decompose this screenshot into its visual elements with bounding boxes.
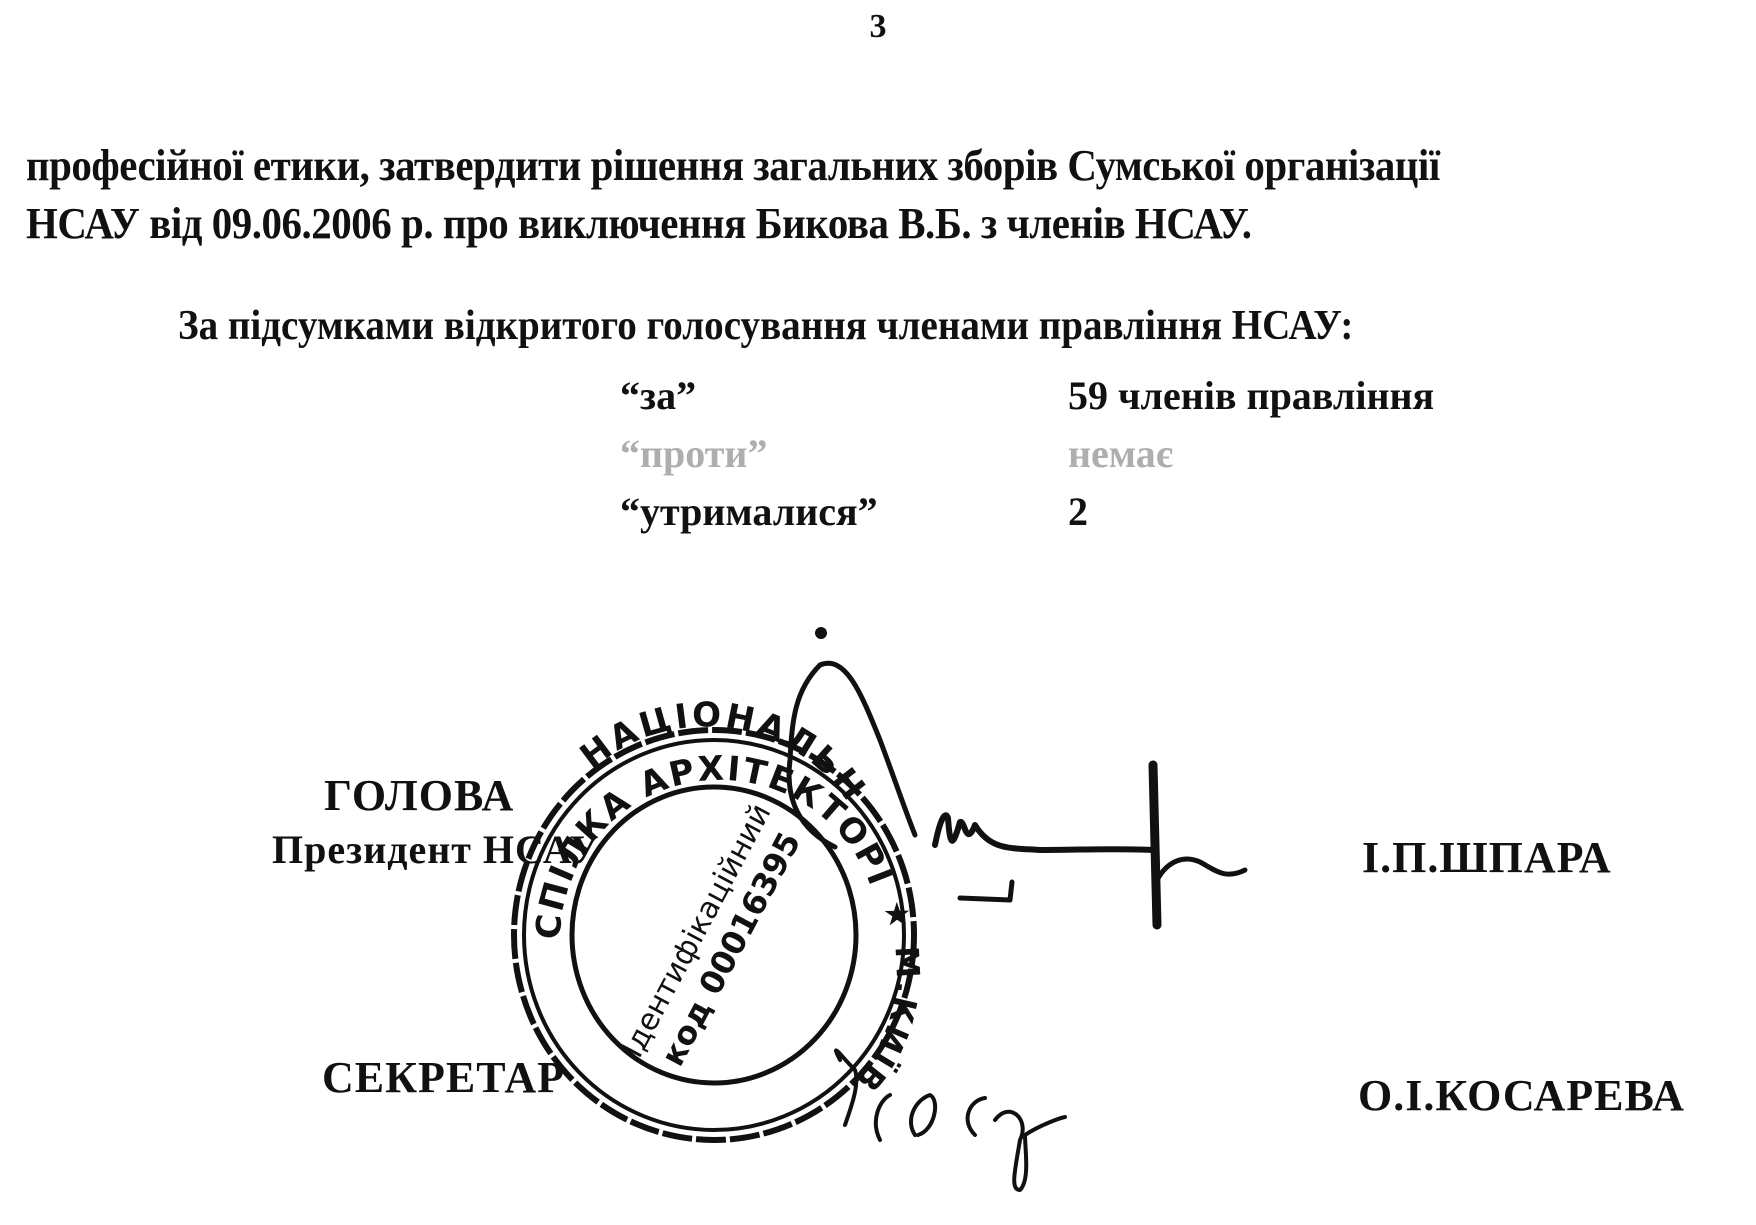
vote-label-against: “проти” — [620, 430, 767, 477]
secretary-role: СЕКРЕТАР — [322, 1052, 565, 1103]
stamp-text-right: ★ М.КИЇВ — [847, 895, 927, 1100]
vote-value-abstained: 2 — [1068, 488, 1088, 535]
vote-value-against: немає — [1068, 430, 1173, 477]
svg-text:★ М.КИЇВ: ★ М.КИЇВ — [847, 895, 927, 1100]
body-text-line: НСАУ від 09.06.2006 р. про виключення Би… — [26, 198, 1251, 249]
chair-name: І.П.ШПАРА — [1362, 832, 1612, 883]
secretary-name: О.І.КОСАРЕВА — [1358, 1070, 1685, 1121]
body-text-line: професійної етики, затвердити рішення за… — [26, 140, 1440, 191]
vote-label-abstained: “утрималися” — [620, 488, 878, 535]
page-number: 3 — [0, 8, 1756, 46]
vote-label-for: “за” — [620, 372, 696, 419]
vote-value-for: 59 членів правління — [1068, 372, 1434, 419]
voting-heading: За підсумками відкритого голосування чле… — [178, 302, 1353, 350]
chair-role: ГОЛОВА — [324, 770, 514, 821]
chair-subrole: Президент НСАУ — [272, 826, 600, 873]
